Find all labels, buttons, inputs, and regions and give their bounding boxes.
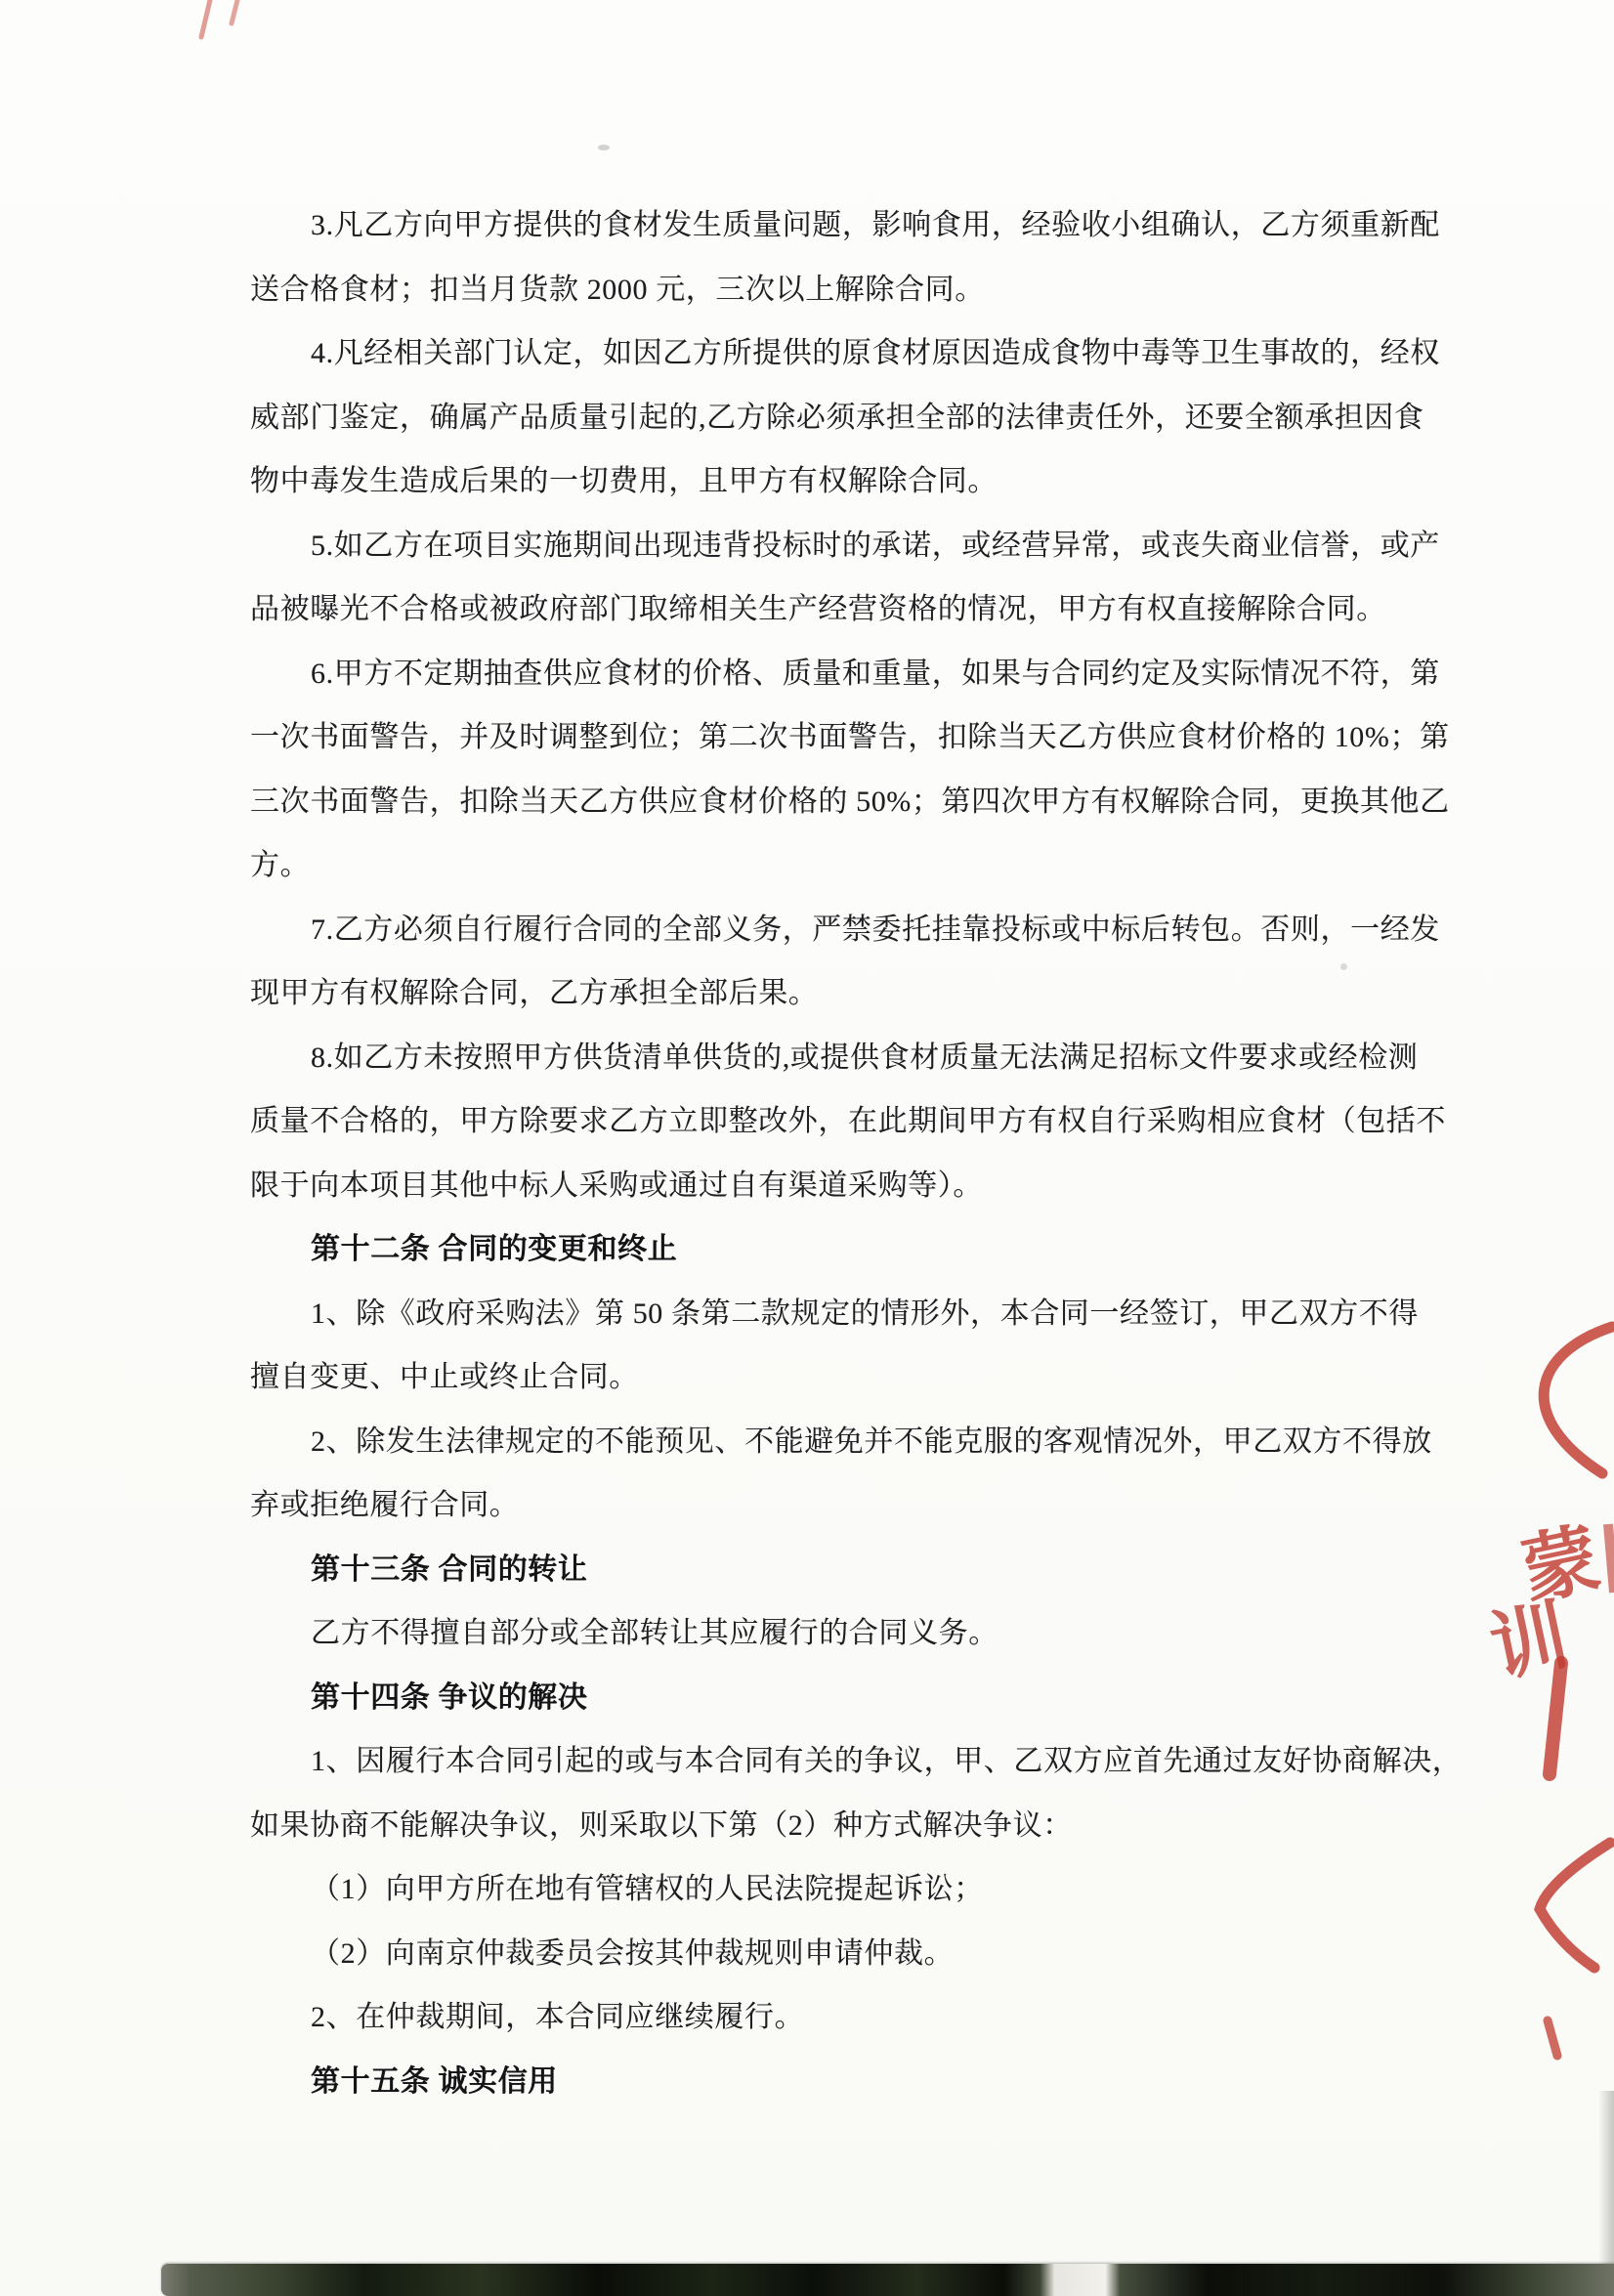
text-line: （1）向甲方所在地有管辖权的人民法院提起诉讼； <box>250 1857 1491 1922</box>
scan-edge-shadow <box>1598 2091 1614 2265</box>
text-line: 第十二条 合同的变更和终止 <box>250 1217 1491 1282</box>
text-line: 3.凡乙方向甲方提供的食材发生质量问题，影响食用，经验收小组确认，乙方须重新配 <box>250 193 1491 258</box>
stamp-stroke-vertical <box>1550 1663 1561 1774</box>
text-line: 第十四条 争议的解决 <box>250 1666 1491 1730</box>
text-line: 第十三条 合同的转让 <box>250 1538 1491 1602</box>
text-line: 8.如乙方未按照甲方供货清单供货的,或提供食材质量无法满足招标文件要求或经检测 <box>250 1026 1491 1090</box>
stamp-character-2: 训 <box>1483 1593 1575 1691</box>
text-line: 4.凡经相关部门认定，如因乙方所提供的原食材原因造成食物中毒等卫生事故的，经权 <box>250 321 1491 386</box>
text-line: 限于向本项目其他中标人采购或通过自有渠道采购等）。 <box>250 1154 1491 1218</box>
text-line: 一次书面警告，并及时调整到位；第二次书面警告，扣除当天乙方供应食材价格的 10%… <box>250 705 1491 770</box>
text-line: 6.甲方不定期抽查供应食材的价格、质量和重量，如果与合同约定及实际情况不符，第 <box>250 642 1491 706</box>
text-line: 2、除发生法律规定的不能预见、不能避免并不能克服的客观情况外，甲乙双方不得放 <box>250 1410 1491 1474</box>
text-line: 乙方不得擅自部分或全部转让其应履行的合同义务。 <box>250 1601 1491 1666</box>
text-line: 三次书面警告，扣除当天乙方供应食材价格的 50%；第四次甲方有权解除合同，更换其… <box>250 770 1491 834</box>
text-line: 1、因履行本合同引起的或与本合同有关的争议，甲、乙双方应首先通过友好协商解决， <box>250 1729 1491 1794</box>
scan-edge-strip <box>161 2264 1614 2296</box>
text-line: 第十五条 诚实信用 <box>250 2050 1491 2114</box>
text-line: 5.如乙方在项目实施期间出现违背投标时的承诺，或经营异常，或丧失商业信誉，或产 <box>250 514 1491 578</box>
scanned-contract-page: 3.凡乙方向甲方提供的食材发生质量问题，影响食用，经验收小组确认，乙方须重新配送… <box>0 0 1614 2296</box>
text-line: 质量不合格的，甲方除要求乙方立即整改外，在此期间甲方有权自行采购相应食材（包括不 <box>250 1089 1491 1154</box>
text-line: 1、除《政府采购法》第 50 条第二款规定的情形外，本合同一经签订，甲乙双方不得 <box>250 1282 1491 1346</box>
text-line: 威部门鉴定，确属产品质量引起的,乙方除必须承担全部的法律责任外，还要全额承担因食 <box>250 386 1491 450</box>
stamp-tick <box>1548 2020 1557 2056</box>
text-line: 如果协商不能解决争议，则采取以下第（2）种方式解决争议： <box>250 1794 1491 1858</box>
scan-speck <box>598 145 610 150</box>
scan-speck <box>1340 963 1347 970</box>
text-line: 方。 <box>250 833 1491 898</box>
stamp-character-1: 蒙 <box>1514 1515 1606 1614</box>
text-line: 品被曝光不合格或被政府部门取缔相关生产经营资格的情况，甲方有权直接解除合同。 <box>250 577 1491 642</box>
text-line: 现甲方有权解除合同，乙方承担全部后果。 <box>250 961 1491 1026</box>
stamp-edge-mark <box>1608 1524 1614 1593</box>
text-line: 弃或拒绝履行合同。 <box>250 1473 1491 1538</box>
stamp-arc-bottom <box>1540 1843 1610 1968</box>
text-line: 物中毒发生造成后果的一切费用，且甲方有权解除合同。 <box>250 449 1491 514</box>
text-line: 送合格食材；扣当月货款 2000 元，三次以上解除合同。 <box>250 258 1491 322</box>
text-line: （2）向南京仲裁委员会按其仲裁规则申请仲裁。 <box>250 1922 1491 1986</box>
red-ink-marks-top-icon <box>191 0 269 47</box>
contract-text: 3.凡乙方向甲方提供的食材发生质量问题，影响食用，经验收小组确认，乙方须重新配送… <box>250 193 1491 2113</box>
stamp-arc-top <box>1544 1327 1612 1473</box>
text-line: 2、在仲裁期间，本合同应继续履行。 <box>250 1985 1491 2050</box>
text-line: 7.乙方必须自行履行合同的全部义务，严禁委托挂靠投标或中标后转包。否则，一经发 <box>250 898 1491 962</box>
text-line: 擅自变更、中止或终止合同。 <box>250 1345 1491 1410</box>
